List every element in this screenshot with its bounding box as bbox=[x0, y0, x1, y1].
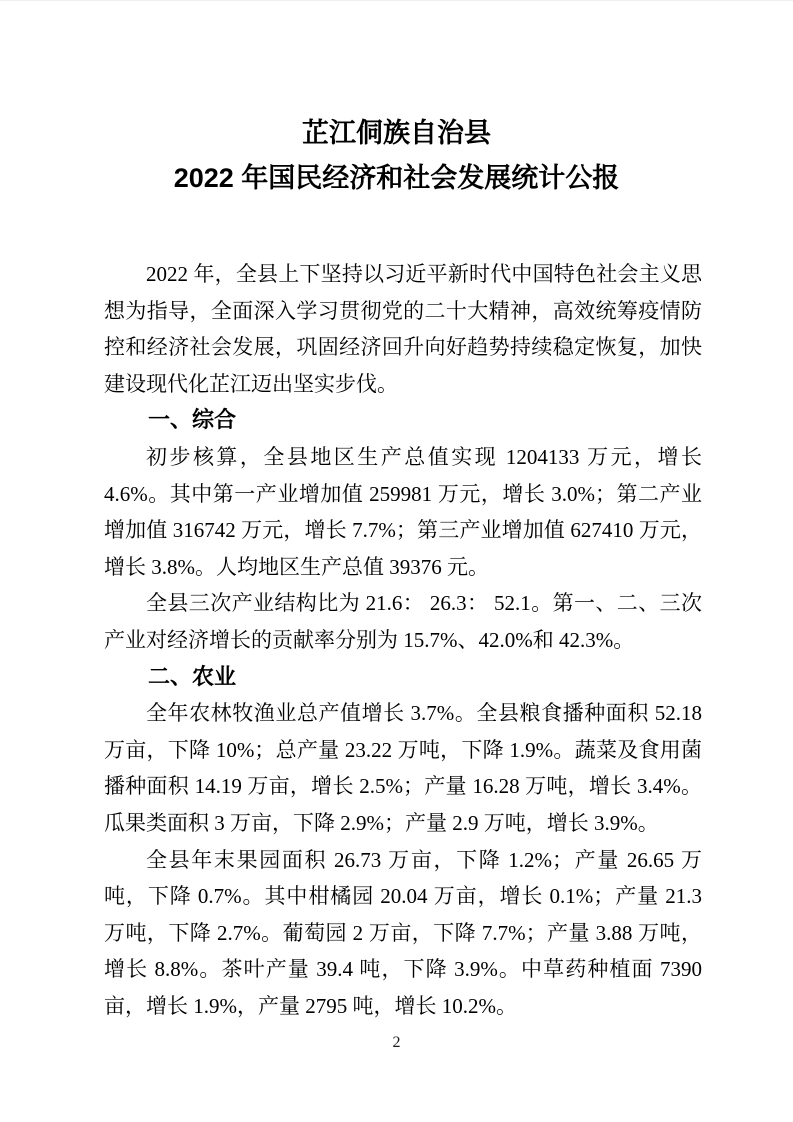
paragraph-orchard-output: 全县年末果园面积 26.73 万亩，下降 1.2%；产量 26.65 万吨，下降… bbox=[104, 842, 702, 1025]
section-heading-2-agriculture: 二、农业 bbox=[104, 659, 702, 696]
paragraph-industry-structure: 全县三次产业结构比为 21.6： 26.3： 52.1。第一、二、三次产业对经济… bbox=[104, 585, 702, 658]
paragraph-overview: 2022 年，全县上下坚持以习近平新时代中国特色社会主义思想为指导，全面深入学习… bbox=[104, 256, 702, 402]
document-page: 芷江侗族自治县 2022 年国民经济和社会发展统计公报 2022 年，全县上下坚… bbox=[0, 0, 793, 1122]
page-number: 2 bbox=[0, 1031, 793, 1055]
doc-title-line1: 芷江侗族自治县 bbox=[0, 111, 793, 156]
doc-title-line2: 2022 年国民经济和社会发展统计公报 bbox=[0, 156, 793, 201]
paragraph-farming-output: 全年农林牧渔业总产值增长 3.7%。全县粮食播种面积 52.18 万亩，下降 1… bbox=[104, 695, 702, 841]
section-heading-1-comprehensive: 一、综合 bbox=[104, 402, 702, 439]
paragraph-gdp: 初步核算，全县地区生产总值实现 1204133 万元，增长 4.6%。其中第一产… bbox=[104, 439, 702, 585]
title-block: 芷江侗族自治县 2022 年国民经济和社会发展统计公报 bbox=[0, 1, 793, 201]
document-body: 2022 年，全县上下坚持以习近平新时代中国特色社会主义思想为指导，全面深入学习… bbox=[104, 256, 702, 1024]
